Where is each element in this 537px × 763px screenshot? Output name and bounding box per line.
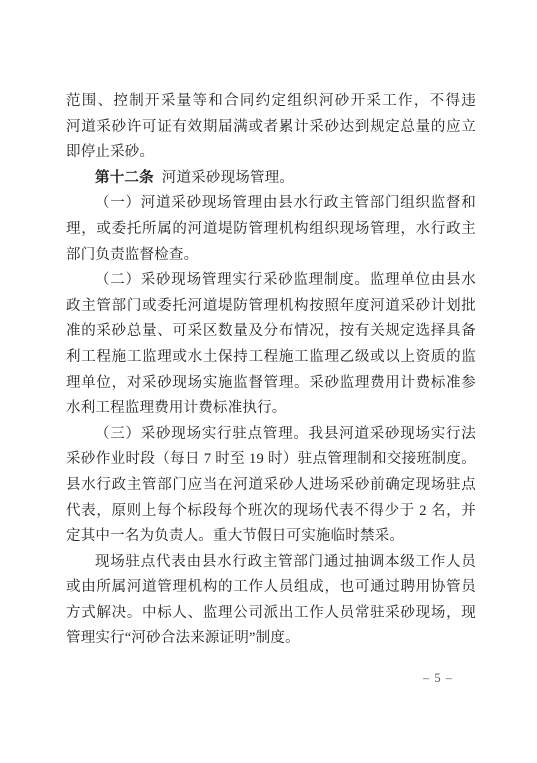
text-block: 范围、控制开采量等和合同约定组织河砂开采工作，不得违规。 河道采砂许可证有效期届… [66,89,476,652]
text-line: 方式解决。中标人、监理公司派出工作人员常驻采砂现场，现场 [66,601,476,627]
text-line: 水利工程监理费用计费标准执行。 [66,396,476,422]
text-line: 或由所属河道管理机构的工作人员组成，也可通过聘用协管员的 [66,575,476,601]
text-line: （一）河道采砂现场管理由县水行政主管部门组织监督和管 [66,191,476,217]
document-page: 范围、控制开采量等和合同约定组织河砂开采工作，不得违规。 河道采砂许可证有效期届… [0,0,537,763]
text-line: 采砂作业时段（每日 7 时至 19 时）驻点管理制和交接班制度。 [66,447,476,473]
article-title: 河道采砂现场管理。 [162,170,294,186]
text-line: 理，或委托所属的河道堤防管理机构组织现场管理，水行政主管 [66,217,476,243]
text-line: 范围、控制开采量等和合同约定组织河砂开采工作，不得违规。 [66,89,476,115]
text-line: （二）采砂现场管理实行采砂监理制度。监理单位由县水行 [66,268,476,294]
text-line: 管理实行“河砂合法来源证明”制度。 [66,626,476,652]
page-number: – 5 – [423,671,453,686]
text-line: 理单位，对采砂现场实施监督管理。采砂监理费用计费标准参照 [66,371,476,397]
text-line: 即停止采砂。 [66,140,476,166]
text-line: 定其中一名为负责人。重大节假日可实施临时禁采。 [66,524,476,550]
text-line: 利工程施工监理或水土保持工程施工监理乙级或以上资质的监 [66,345,476,371]
text-line: （三）采砂现场实行驻点管理。我县河道采砂现场实行法定 [66,422,476,448]
article-number: 第十二条 [95,170,154,186]
text-line: 部门负责监督检查。 [66,243,476,269]
text-line: 政主管部门或委托河道堤防管理机构按照年度河道采砂计划批 [66,294,476,320]
article-heading-line: 第十二条河道采砂现场管理。 [66,166,476,192]
text-line: 河道采砂许可证有效期届满或者累计采砂达到规定总量的应立 [66,115,476,141]
text-line: 现场驻点代表由县水行政主管部门通过抽调本级工作人员 [66,550,476,576]
text-line: 准的采砂总量、可采区数量及分布情况，按有关规定选择具备水 [66,319,476,345]
text-line: 县水行政主管部门应当在河道采砂人进场采砂前确定现场驻点 [66,473,476,499]
text-line: 代表，原则上每个标段每个班次的现场代表不得少于 2 名，并指 [66,499,476,525]
